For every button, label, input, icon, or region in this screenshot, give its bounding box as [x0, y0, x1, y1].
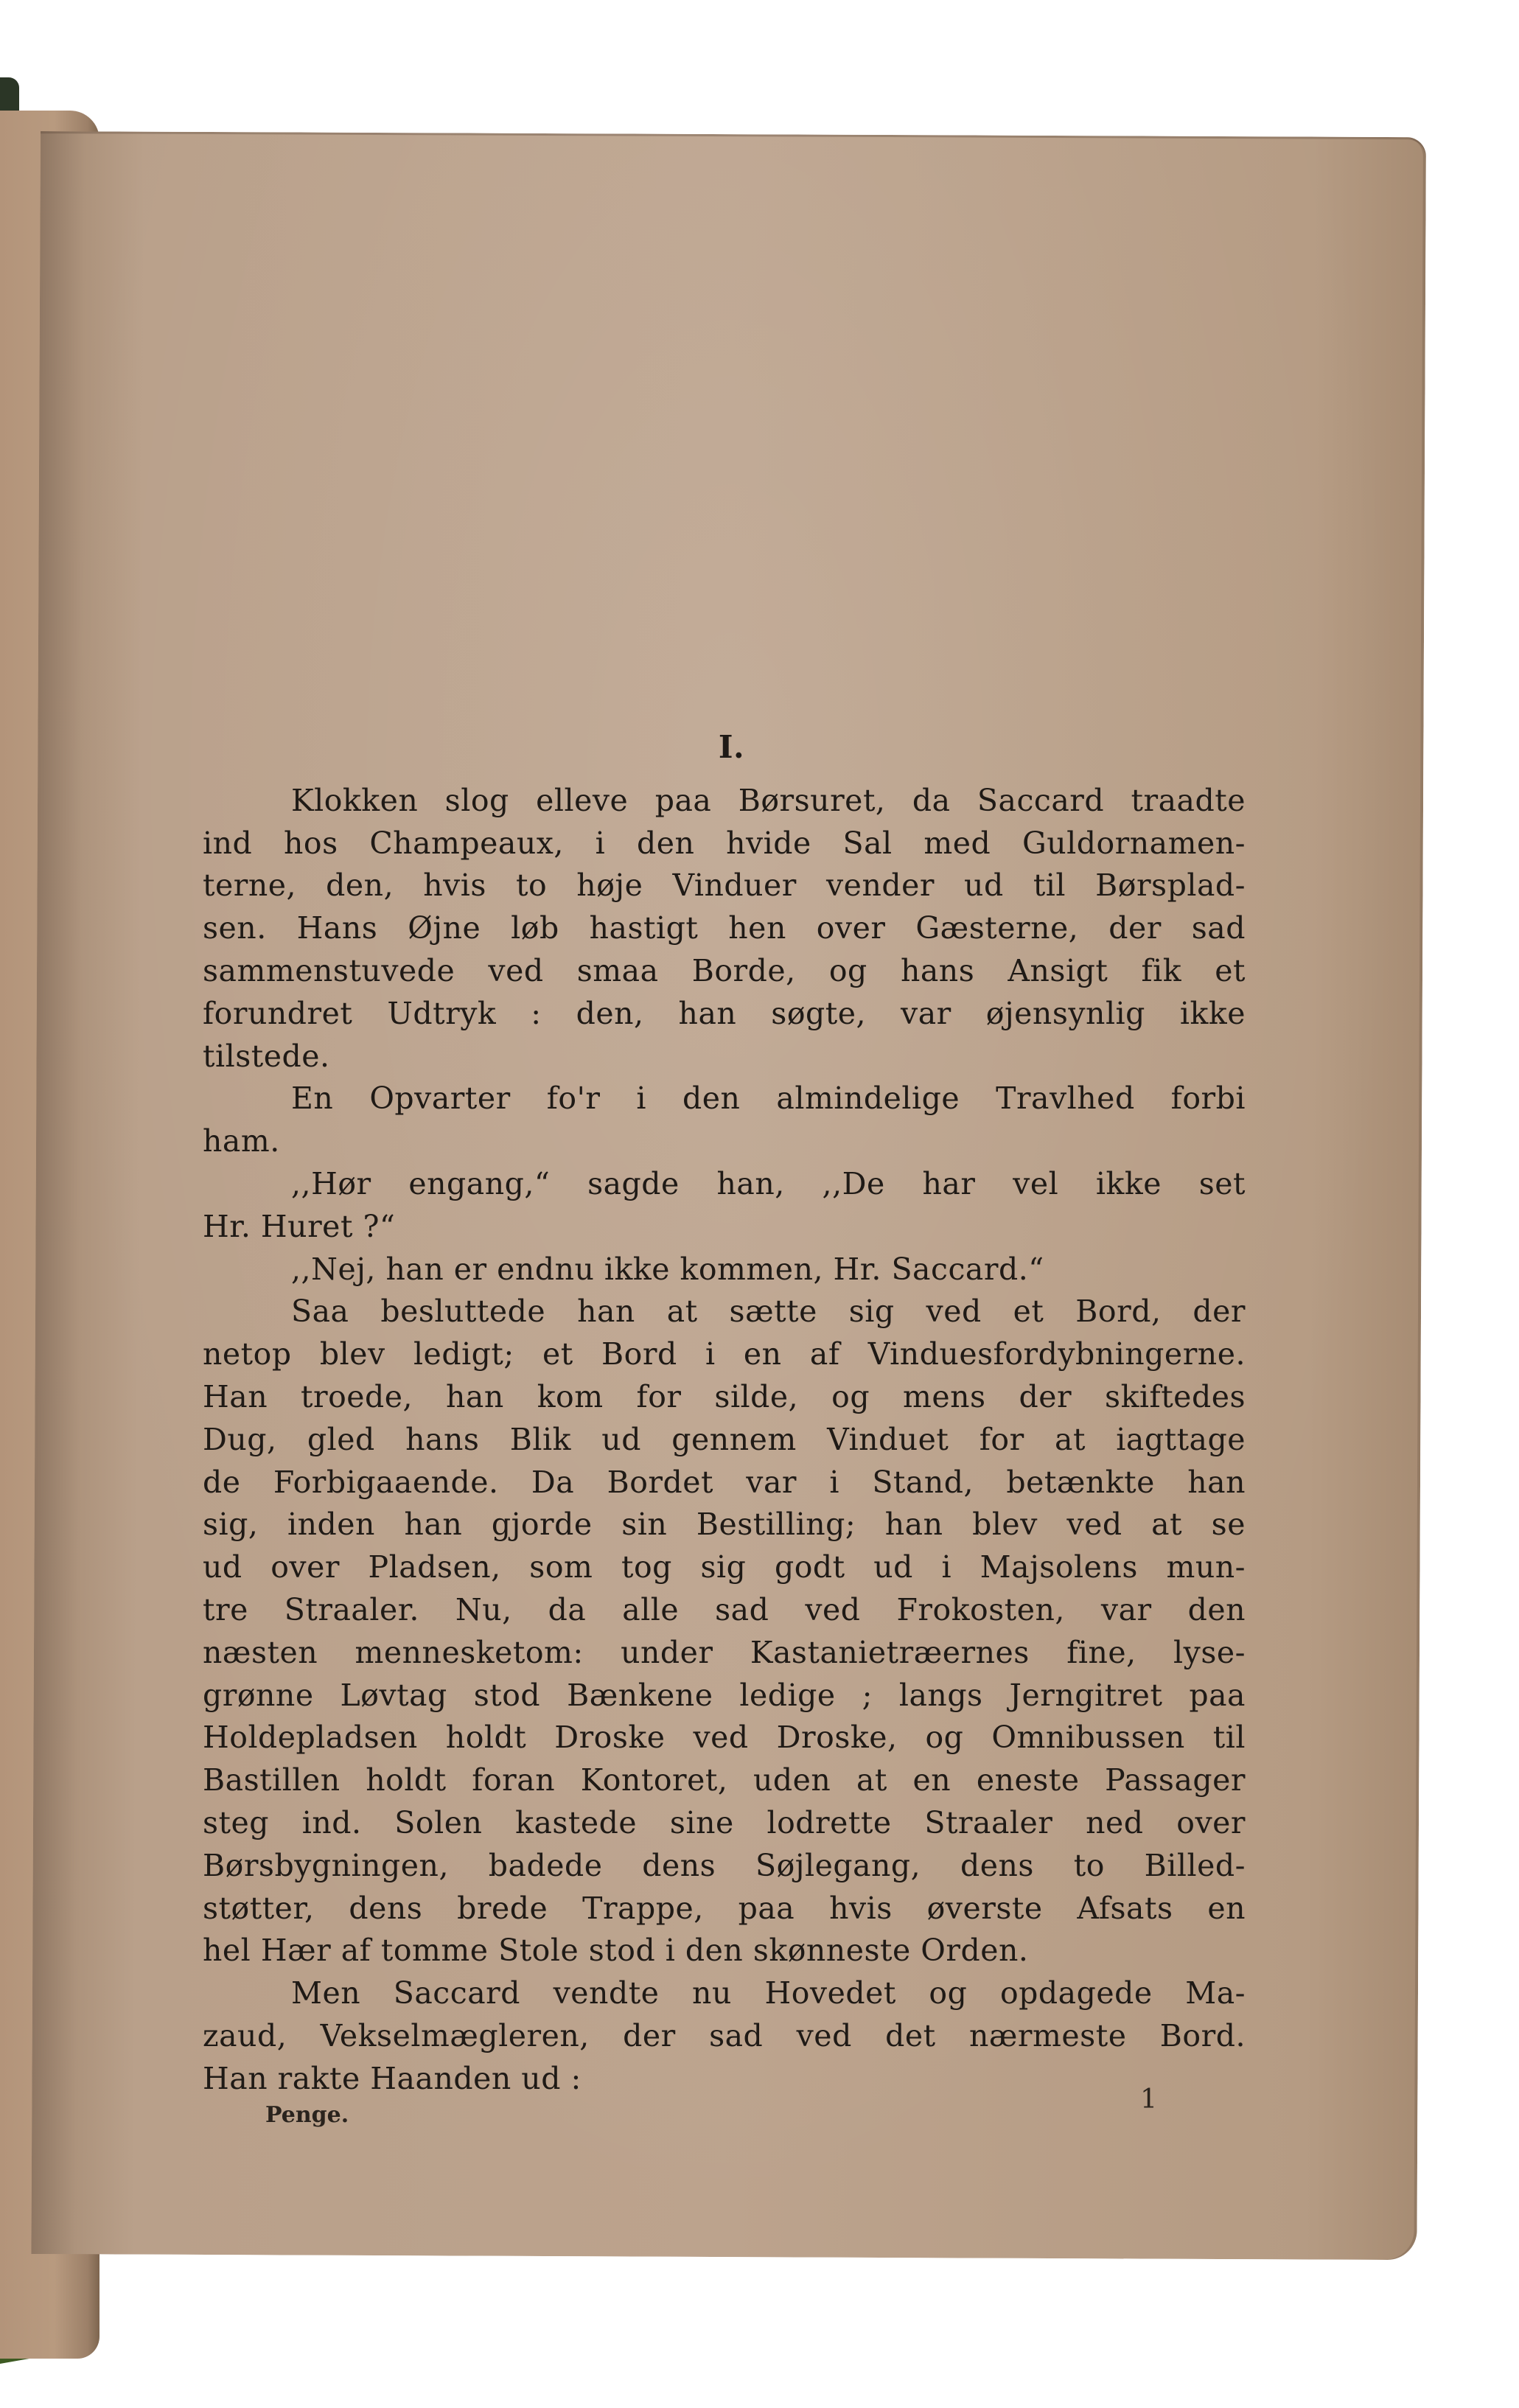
text-line: sammenstuvede ved smaa Borde, og hans An…: [203, 950, 1246, 993]
chapter-heading: I.: [203, 726, 1246, 769]
text-line: En Opvarter fo'r i den almindelige Travl…: [203, 1078, 1246, 1120]
text-line: Holdepladsen holdt Droske ved Droske, og…: [203, 1717, 1246, 1759]
text-line: tilstede.: [203, 1036, 1246, 1078]
text-line: Bastillen holdt foran Kontoret, uden at …: [203, 1759, 1246, 1802]
text-line: Klokken slog elleve paa Børsuret, da Sac…: [203, 780, 1246, 823]
text-line: zaud, Vekselmægleren, der sad ved det næ…: [203, 2015, 1246, 2058]
text-line: netop blev ledigt; et Bord i en af Vindu…: [203, 1333, 1246, 1376]
text-line: støtter, dens brede Trappe, paa hvis øve…: [203, 1888, 1246, 1930]
page-text: I. Klokken slog elleve paa Børsuret, da …: [203, 726, 1246, 2101]
text-line: Dug, gled hans Blik ud gennem Vinduet fo…: [203, 1419, 1246, 1462]
text-line: sig, inden han gjorde sin Bestilling; ha…: [203, 1504, 1246, 1546]
text-line: sen. Hans Øjne løb hastigt hen over Gæst…: [203, 907, 1246, 950]
text-line: ,,Nej, han er endnu ikke kommen, Hr. Sac…: [203, 1249, 1246, 1291]
text-line: ind hos Champeaux, i den hvide Sal med G…: [203, 823, 1246, 865]
text-line: Børsbygningen, badede dens Søjlegang, de…: [203, 1845, 1246, 1888]
text-line: ud over Pladsen, som tog sig godt ud i M…: [203, 1546, 1246, 1589]
text-line: steg ind. Solen kastede sine lodrette St…: [203, 1802, 1246, 1845]
text-line: Hr. Huret ?“: [203, 1206, 1246, 1249]
signature-mark: Penge.: [265, 2102, 349, 2128]
text-line: forundret Udtryk : den, han søgte, var ø…: [203, 993, 1246, 1036]
text-line: Men Saccard vendte nu Hovedet og opdaged…: [203, 1972, 1246, 2015]
text-line: tre Straaler. Nu, da alle sad ved Frokos…: [203, 1589, 1246, 1632]
text-line: Han troede, han kom for silde, og mens d…: [203, 1376, 1246, 1419]
text-line: ham.: [203, 1120, 1246, 1163]
text-line: hel Hær af tomme Stole stod i den skønne…: [203, 1930, 1246, 1972]
page-number: 1: [1140, 2084, 1157, 2115]
text-line: ,,Hør engang,“ sagde han, ,,De har vel i…: [203, 1163, 1246, 1206]
page-footer: Penge. 1: [203, 2086, 1246, 2130]
text-line: de Forbigaaende. Da Bordet var i Stand, …: [203, 1462, 1246, 1504]
text-line: grønne Løvtag stod Bænkene ledige ; lang…: [203, 1675, 1246, 1717]
text-line: terne, den, hvis to høje Vinduer vender …: [203, 865, 1246, 907]
text-line: Saa besluttede han at sætte sig ved et B…: [203, 1291, 1246, 1333]
text-line: næsten mennesketom: under Kastanietræern…: [203, 1632, 1246, 1675]
